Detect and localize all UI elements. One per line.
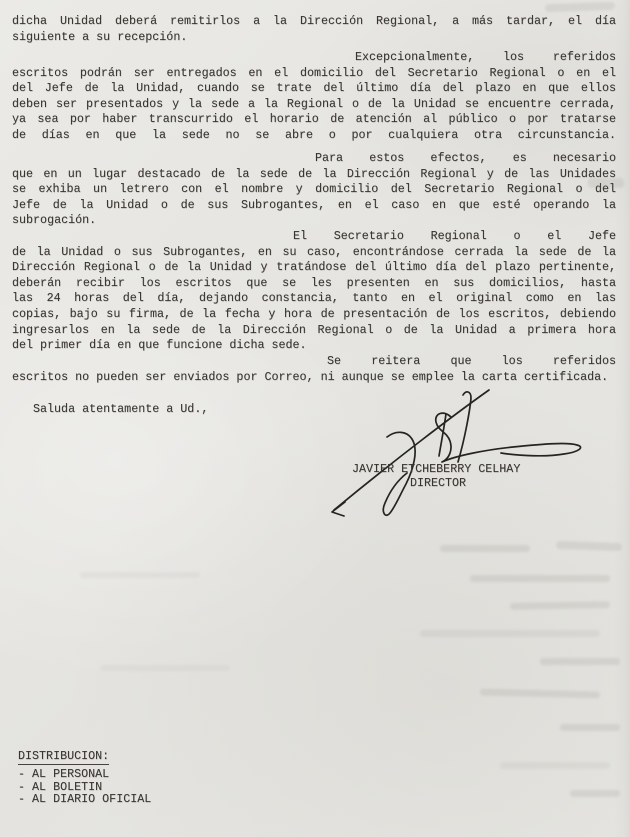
body-paragraph-1: dicha Unidad deberá remitirlos a la Dire… <box>12 14 616 45</box>
paragraph-line: Se reitera que los referidos <box>12 354 616 370</box>
paragraph-line: copias, bajo su firma, de la fecha y hor… <box>12 307 616 323</box>
paragraph-line: - AL PERSONAL <box>18 768 318 781</box>
signature-stroke-tall <box>458 392 471 462</box>
paragraph-line: El Secretario Regional o el Jefe <box>12 229 616 245</box>
body-paragraph-3: Para estos efectos, es necesarioque en u… <box>12 151 616 229</box>
signature-stroke-small <box>439 414 446 456</box>
distribution-section: DISTRIBUCION: - AL PERSONAL- AL BOLETIN-… <box>18 750 318 806</box>
paragraph-line: Jefe de la Unidad o de sus Subrogantes, … <box>12 198 616 214</box>
paragraph-line: de la Unidad o sus Subrogantes, en su ca… <box>12 245 616 261</box>
distribution-items: - AL PERSONAL- AL BOLETIN- AL DIARIO OFI… <box>18 768 318 806</box>
distribution-heading: DISTRIBUCION: <box>18 750 109 765</box>
paragraph-line: Dirección Regional o de la Unidad y trat… <box>12 260 616 276</box>
scanned-letter-page: dicha Unidad deberá remitirlos a la Dire… <box>0 0 630 837</box>
paragraph-line: Excepcionalmente, los referidos <box>12 50 616 66</box>
paragraph-line: deben ser presentados y la sede a la Reg… <box>12 97 616 113</box>
closing-salutation: Saluda atentamente a Ud., <box>33 402 208 418</box>
paragraph-line: - AL DIARIO OFICIAL <box>18 793 318 806</box>
signature-scrawl <box>312 380 594 536</box>
signature-stroke-diagonal <box>334 390 489 510</box>
paragraph-line: dicha Unidad deberá remitirlos a la Dire… <box>12 14 616 30</box>
signer-title: DIRECTOR <box>352 477 524 491</box>
paragraph-line: deberán recibir los escritos que se les … <box>12 276 616 292</box>
paragraph-line: siguiente a su recepción. <box>12 30 616 46</box>
signature-block: JAVIER ETCHEBERRY CELHAY DIRECTOR <box>352 463 524 490</box>
paragraph-line: de días en que la sede no se abre o por … <box>12 128 616 144</box>
body-paragraph-4: El Secretario Regional o el Jefede la Un… <box>12 229 616 354</box>
paragraph-line: escritos podrán ser entregados en el dom… <box>12 66 616 82</box>
signature-stroke-swoosh <box>436 413 581 462</box>
signer-name: JAVIER ETCHEBERRY CELHAY <box>352 463 524 477</box>
paragraph-line: se exhiba un letrero con el nombre y dom… <box>12 182 616 198</box>
body-paragraph-2: Excepcionalmente, los referidosescritos … <box>12 50 616 144</box>
paragraph-line: las 24 horas del día, dejando constancia… <box>12 291 616 307</box>
paragraph-line: del primer día en que funcione dicha sed… <box>12 338 616 354</box>
paragraph-line: que en un lugar destacado de la sede de … <box>12 167 616 183</box>
paragraph-line: subrogación. <box>12 213 616 229</box>
paragraph-line: del Jefe de la Unidad, cuando se trate d… <box>12 81 616 97</box>
paragraph-line: Para estos efectos, es necesario <box>12 151 616 167</box>
paragraph-line: ingresarlos en la sede de la Dirección R… <box>12 323 616 339</box>
paragraph-line: ya sea por haber transcurrido el horario… <box>12 112 616 128</box>
